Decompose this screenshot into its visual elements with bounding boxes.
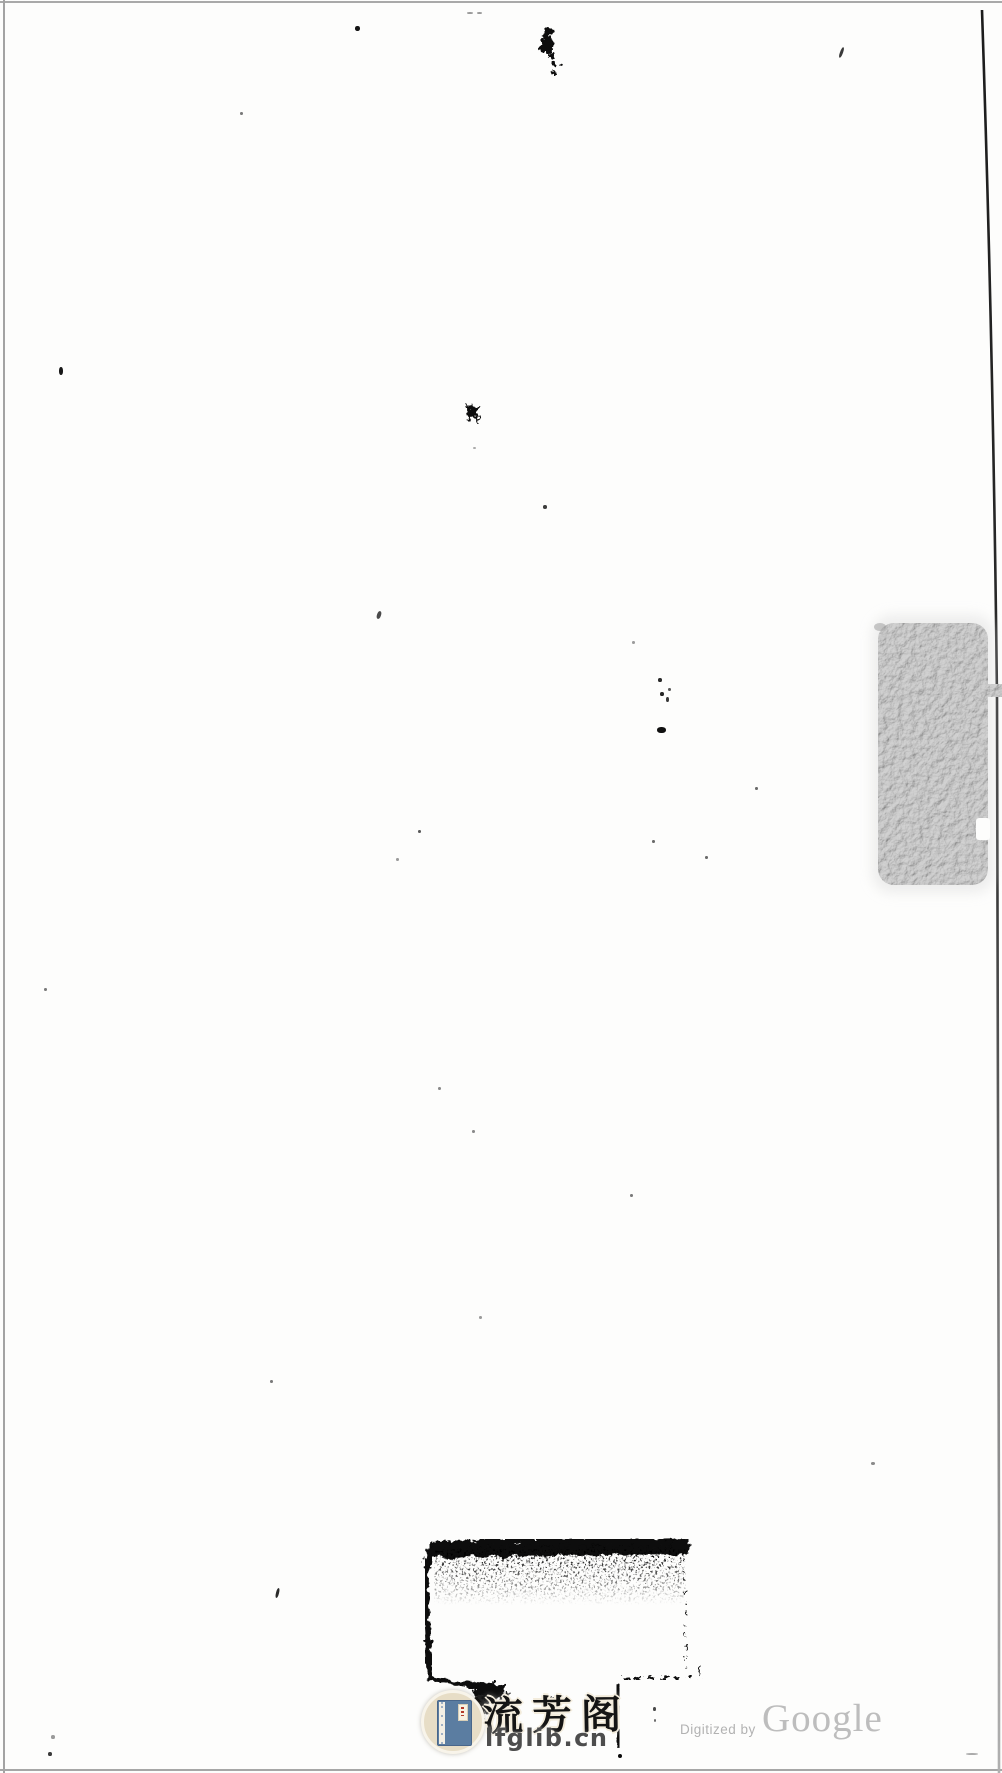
- digitized-by-footer: Digitized by Google: [678, 1698, 898, 1750]
- speck-layer: [0, 0, 1002, 1773]
- ink-speck: [652, 840, 655, 843]
- watermark-logo-circle: [421, 1690, 485, 1754]
- ink-speck: [473, 447, 476, 449]
- ink-speck: [396, 858, 399, 861]
- watermark-logo: 流芳阁 lfglib.cn: [421, 1686, 681, 1766]
- ink-speck: [240, 112, 243, 115]
- ink-speck: [838, 47, 845, 58]
- ink-speck: [275, 1588, 280, 1598]
- ink-speck: [666, 697, 669, 702]
- chinese-book-icon: [437, 1700, 472, 1746]
- ink-speck: [467, 12, 473, 14]
- ink-speck: [438, 1087, 441, 1090]
- ink-speck: [376, 611, 382, 620]
- ink-speck: [658, 678, 662, 682]
- watermark-site-url: lfglib.cn: [485, 1724, 608, 1752]
- google-logo: Google: [762, 1696, 883, 1741]
- ink-speck: [44, 988, 47, 991]
- ink-speck: [871, 1462, 875, 1465]
- ink-speck: [755, 787, 758, 790]
- ink-speck: [418, 830, 421, 833]
- ink-speck: [966, 1753, 978, 1755]
- ink-speck: [705, 856, 708, 859]
- ink-speck: [355, 26, 360, 31]
- ink-speck: [632, 641, 635, 644]
- book-binding-stitches: [439, 1702, 445, 1744]
- book-title-label: [458, 1704, 468, 1721]
- ink-speck: [270, 1380, 273, 1383]
- ink-speck: [472, 1130, 475, 1133]
- ink-speck: [630, 1194, 633, 1197]
- ink-speck: [51, 1735, 55, 1739]
- ink-speck: [543, 505, 547, 509]
- scanned-book-page: 流芳阁 lfglib.cn Digitized by Google: [0, 0, 1002, 1773]
- ink-speck: [668, 688, 671, 691]
- ink-speck: [479, 1316, 482, 1319]
- ink-speck: [660, 692, 664, 696]
- ink-speck: [477, 12, 482, 14]
- digitized-by-label: Digitized by: [680, 1722, 756, 1737]
- ink-speck: [59, 367, 63, 375]
- ink-speck: [657, 727, 666, 733]
- ink-speck: [48, 1752, 52, 1756]
